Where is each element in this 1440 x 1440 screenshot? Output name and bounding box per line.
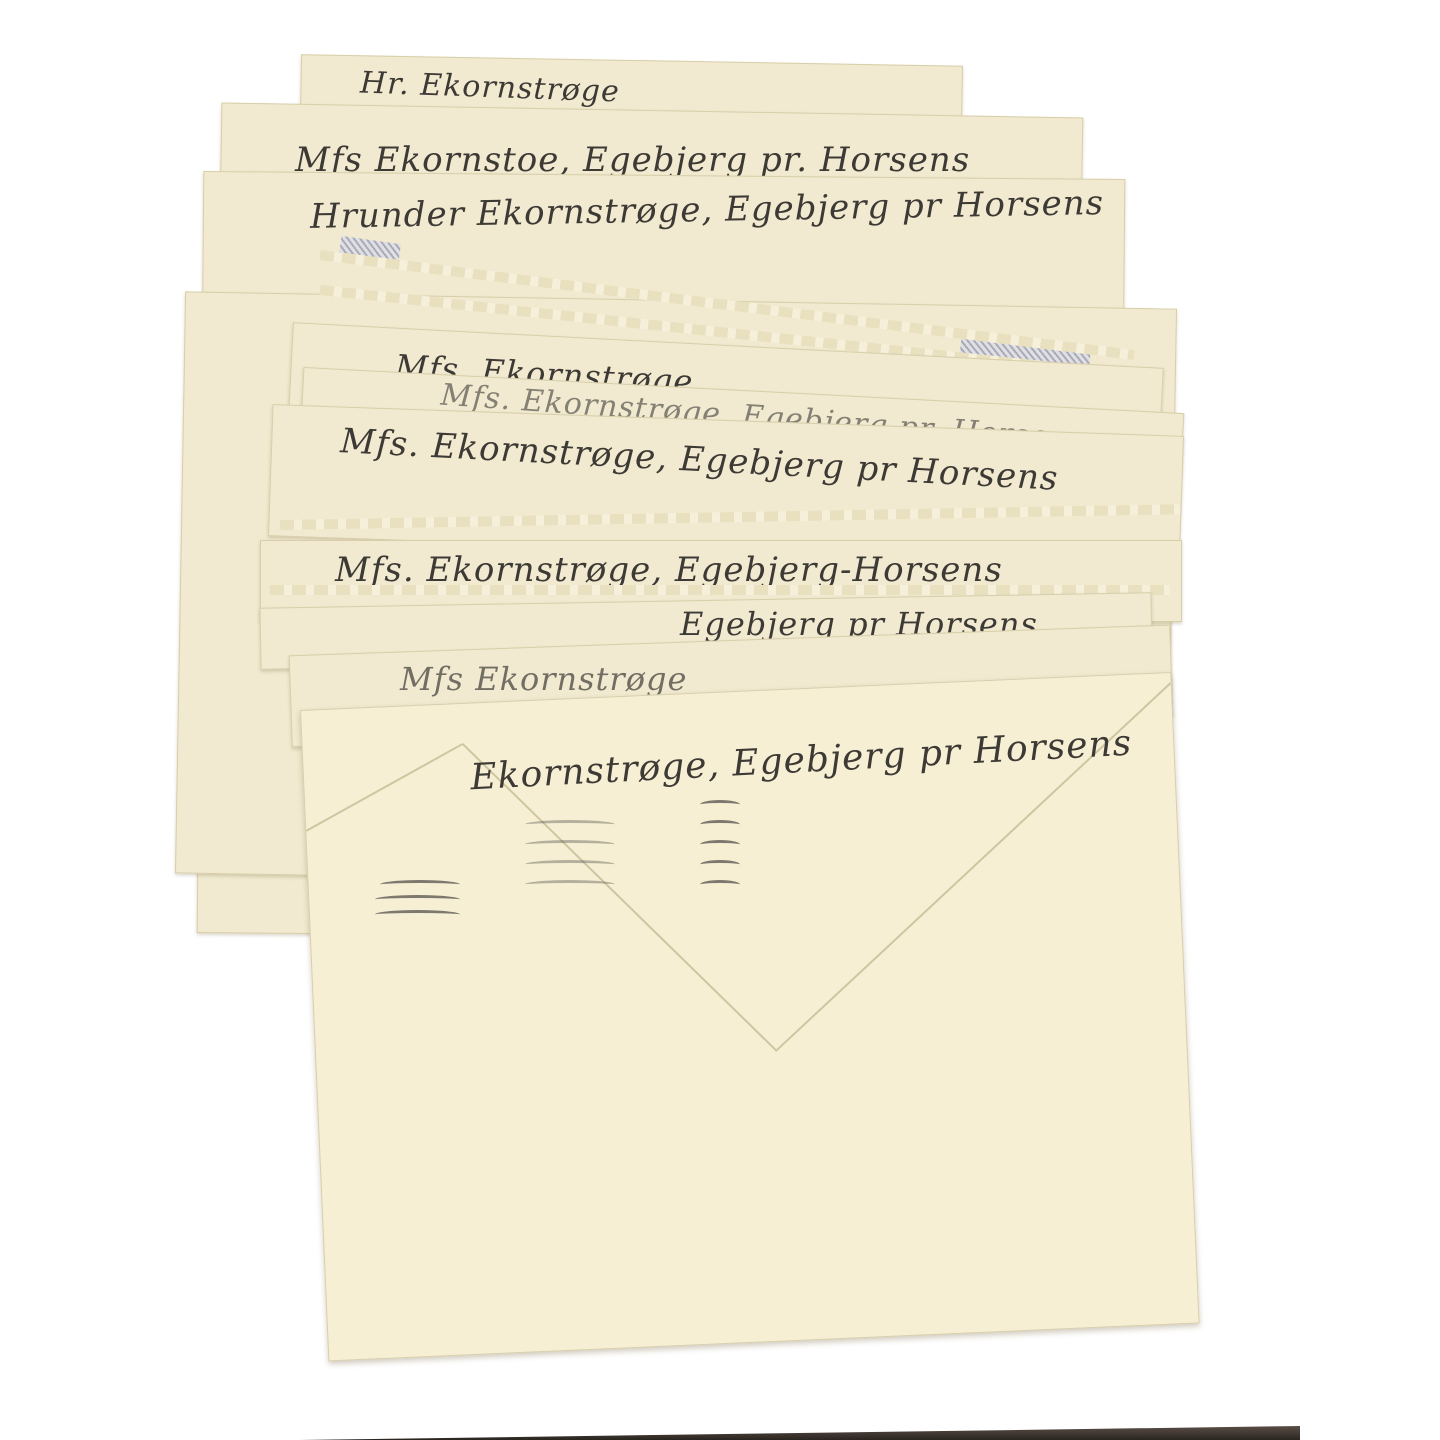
envelope-stack-photo: Hr. Ekornstrøge Mfs Ekornstoe, Egebjerg …: [0, 0, 1440, 1440]
handwritten-address: Mfs Ekornstrøge: [400, 660, 687, 698]
handwritten-address: Mfs. Ekornstrøge, Egebjerg-Horsens: [335, 550, 1003, 590]
table-edge: [0, 1410, 1440, 1440]
